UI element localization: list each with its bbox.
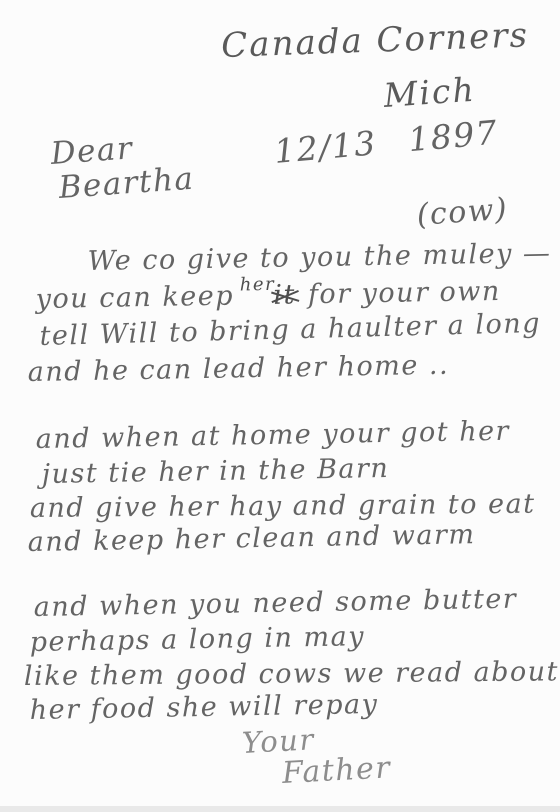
scan-edge-strip	[0, 806, 560, 812]
letter-place-line: Canada Corners	[221, 15, 530, 66]
body-line-p3-l3: like them good cows we read about	[24, 656, 559, 692]
handwritten-letter-page: Canada Corners Mich Dear Beartha 12/13 1…	[0, 0, 560, 812]
body-line-p2-l2: just tie her in the Barn	[41, 453, 389, 490]
body-line-p1-l2: you can keepherit for your own	[35, 276, 501, 315]
letter-date-line: 12/13 1897	[273, 113, 500, 171]
body-line-p1-l3: tell Will to bring a haulter a long	[39, 308, 541, 352]
letter-state-line: Mich	[382, 70, 477, 115]
p1-l2-pre: you can keep	[35, 281, 234, 315]
margin-note-cow: (cow)	[416, 192, 510, 233]
closing-line-2: Father	[281, 750, 392, 791]
body-line-p1-l4: and he can lead her home ..	[27, 350, 449, 388]
body-line-p1-l1: We co give to you the muley —	[87, 238, 551, 277]
body-line-p3-l4: her food she will repay	[29, 689, 378, 726]
inserted-word-her: her	[240, 274, 276, 296]
p1-l2-post: for your own	[308, 276, 501, 310]
crossed-out-word-it: it	[273, 279, 296, 310]
body-line-p3-l1: and when you need some butter	[33, 584, 517, 623]
body-line-p2-l1: and when at home your got her	[35, 416, 510, 455]
body-line-p2-l4: and keep her clean and warm	[27, 519, 475, 558]
body-line-p3-l2: perhaps a long in may	[29, 621, 365, 658]
